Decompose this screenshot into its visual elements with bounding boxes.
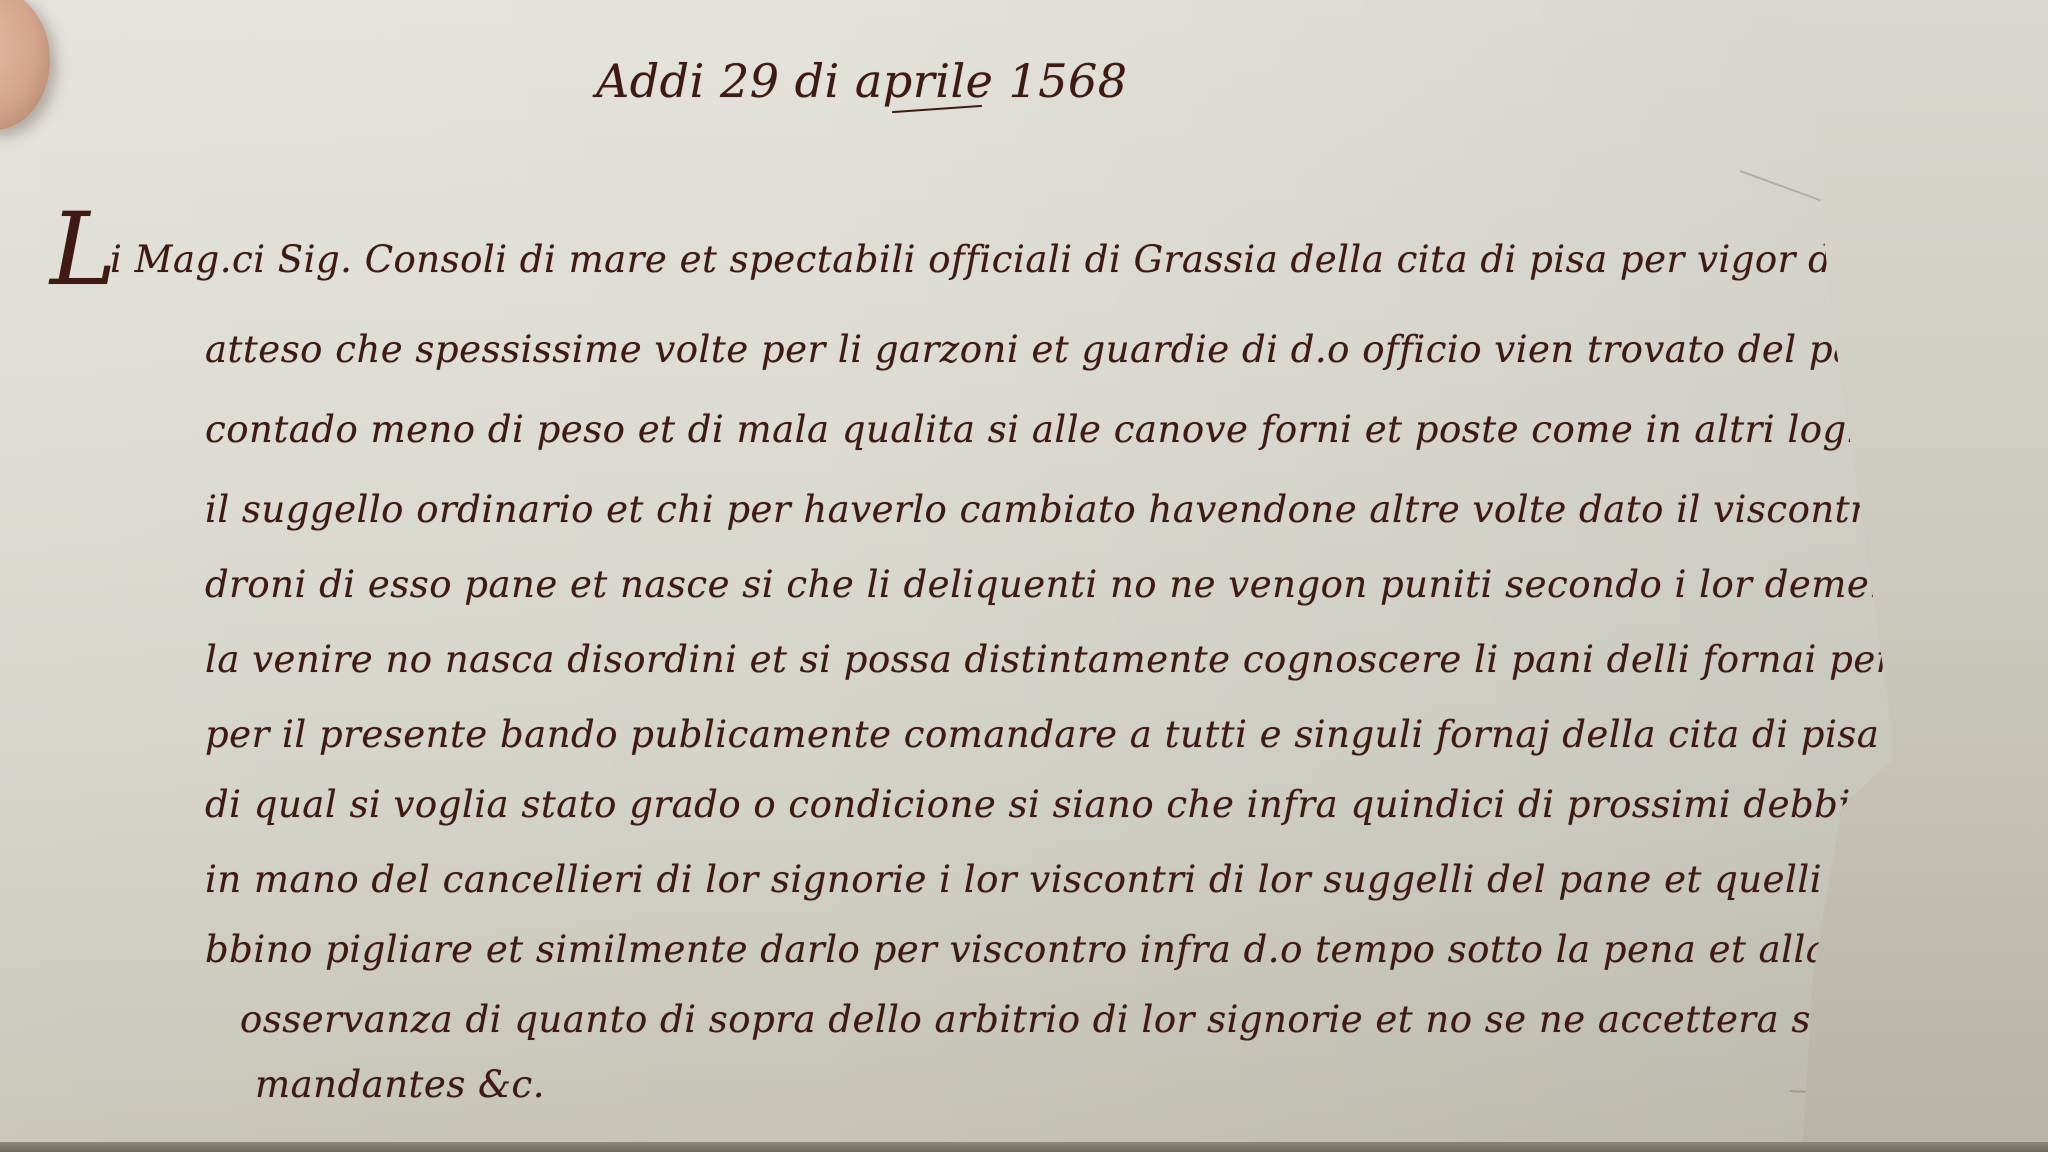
document-date: Addi 29 di aprile 1568 (596, 54, 1128, 108)
text-line-10: bbino pigliare et similmente darlo per v… (205, 930, 2048, 970)
text-line-7: per il presente bando publicamente coman… (205, 715, 2048, 755)
text-line-12-closing: mandantes &c. (255, 1065, 545, 1105)
text-line-9: in mano del cancellieri di lor signorie … (205, 860, 2048, 900)
initial-letter: L (50, 200, 117, 300)
text-line-4: il suggello ordinario et chi per haverlo… (205, 490, 2048, 530)
table-edge (0, 1142, 2048, 1152)
text-line-11: osservanza di quanto di sopra dello arbi… (240, 1000, 2048, 1040)
text-line-6: la venire no nasca disordini et si possa… (205, 640, 2048, 680)
text-line-2: atteso che spessissime volte per li garz… (205, 330, 2048, 370)
text-line-8: di qual si voglia stato grado o condicio… (205, 785, 2048, 825)
photo-scene: Addi 29 di aprile 1568 L i Mag.ci Sig. C… (0, 0, 2048, 1152)
text-line-3: contado meno di peso et di mala qualita … (205, 410, 2048, 450)
manuscript-sheet: Addi 29 di aprile 1568 L i Mag.ci Sig. C… (0, 0, 1970, 1152)
text-line-1: i Mag.ci Sig. Consoli di mare et spectab… (110, 240, 2048, 280)
text-line-5: droni di esso pane et nasce si che li de… (205, 565, 2048, 605)
